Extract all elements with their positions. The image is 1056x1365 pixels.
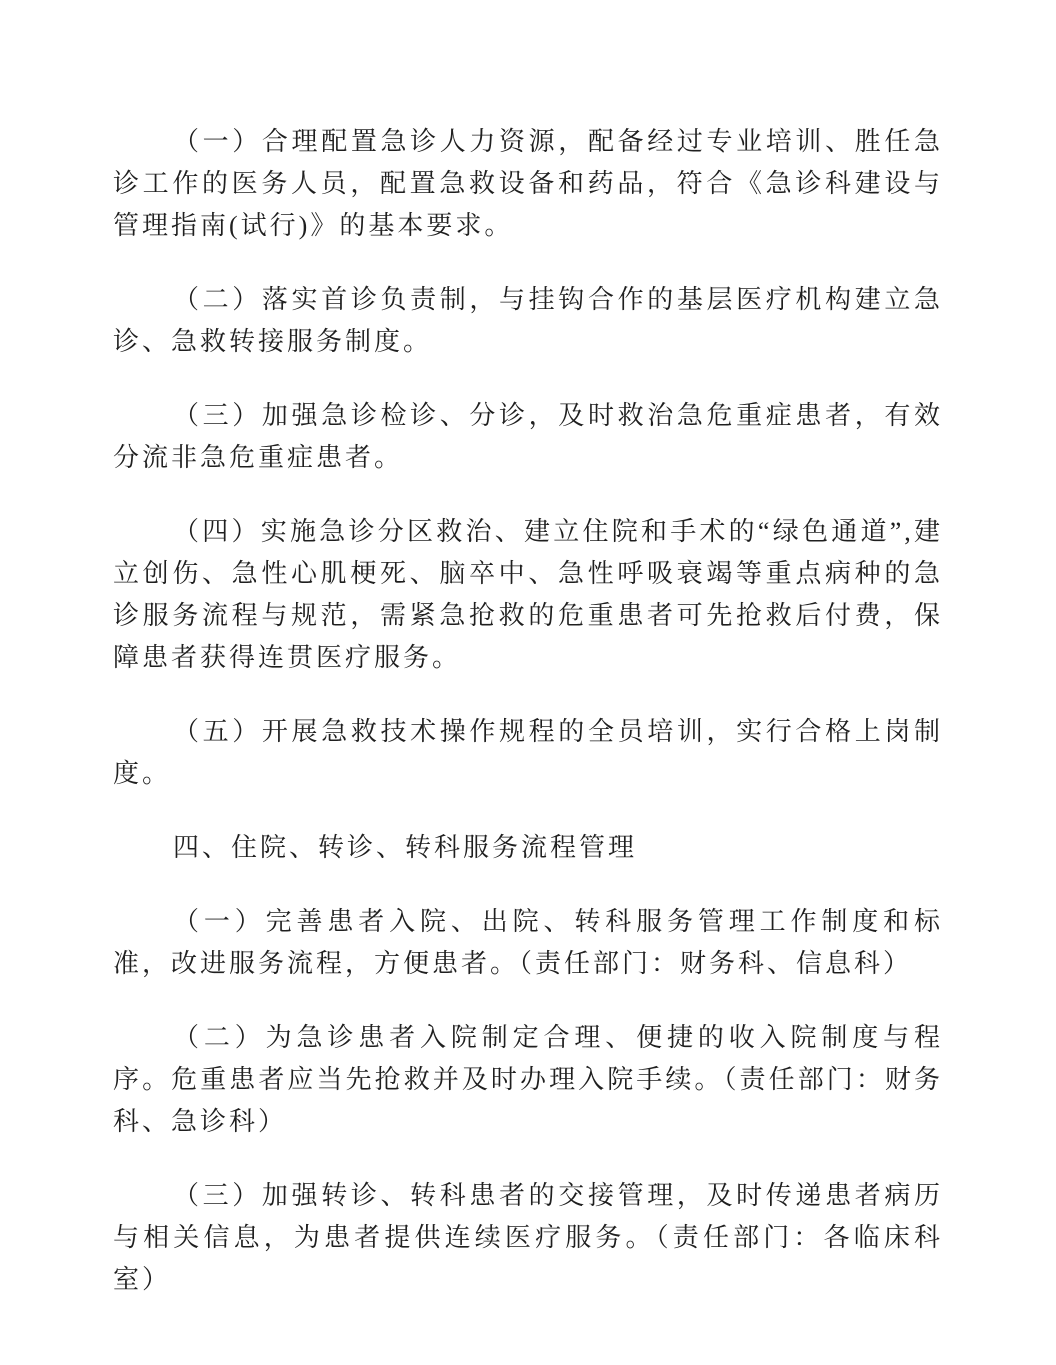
- paragraph-training: （五）开展急救技术操作规程的全员培训，实行合格上岗制度。: [113, 711, 943, 795]
- paragraph-emergency-admission: （二）为急诊患者入院制定合理、便捷的收入院制度与程序。危重患者应当先抢救并及时办…: [113, 1017, 943, 1143]
- paragraph-triage: （三）加强急诊检诊、分诊，及时救治急危重症患者，有效分流非急危重症患者。: [113, 395, 943, 479]
- section-heading-service-flow: 四、住院、转诊、转科服务流程管理: [113, 827, 943, 869]
- paragraph-emergency-staffing: （一）合理配置急诊人力资源，配备经过专业培训、胜任急诊工作的医务人员，配置急救设…: [113, 121, 943, 247]
- paragraph-green-channel: （四）实施急诊分区救治、建立住院和手术的“绿色通道”,建立创伤、急性心肌梗死、脑…: [113, 511, 943, 679]
- paragraph-transfer-handover: （三）加强转诊、转科患者的交接管理，及时传递患者病历与相关信息，为患者提供连续医…: [113, 1175, 943, 1301]
- document-page: （一）合理配置急诊人力资源，配备经过专业培训、胜任急诊工作的医务人员，配置急救设…: [0, 0, 1056, 1365]
- paragraph-first-visit-duty: （二）落实首诊负责制，与挂钩合作的基层医疗机构建立急诊、急救转接服务制度。: [113, 279, 943, 363]
- paragraph-admission-standards: （一）完善患者入院、出院、转科服务管理工作制度和标准，改进服务流程，方便患者。（…: [113, 901, 943, 985]
